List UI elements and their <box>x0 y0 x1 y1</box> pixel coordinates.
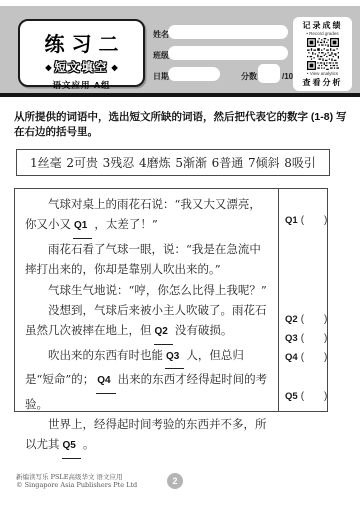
exercise-subtitle-row: ◆ 短文填空 ◆ <box>20 59 143 75</box>
answer-label: Q5 <box>285 391 298 402</box>
word-bank-item: 8吸引 <box>284 154 316 171</box>
word-bank: 1丝毫 2可贵 3残忍 4磨炼 5渐渐 6普通 7倾斜 8吸引 <box>16 149 330 176</box>
answer-slot-q2[interactable]: Q2() <box>285 312 327 326</box>
paren-open: ( <box>301 215 304 226</box>
passage-segment: 气球生气地说：“哼，你怎么比得上我呢？” <box>48 283 267 297</box>
answers-column: Q1() Q2() Q3() Q4() Q5() <box>278 189 329 411</box>
passage-paragraph: 吹出来的东西有时也能Q3人，但总归是“短命”的；Q4出来的东西才经得起时间的考验… <box>25 345 271 414</box>
word-bank-item: 3残忍 <box>103 154 135 171</box>
passage-segment: 吹出来的东西有时也能 <box>48 348 163 362</box>
word-bank-item: 4磨炼 <box>139 154 171 171</box>
score-label: 分数: <box>241 71 260 82</box>
passage-segment: 。 <box>83 437 95 451</box>
footer-copyright: © Singapore Asia Publishers Pte Ltd <box>16 481 137 489</box>
blank-q2: Q2 <box>154 322 173 344</box>
diamond-icon: ◆ <box>45 63 51 72</box>
answer-label: Q3 <box>285 333 298 344</box>
name-input[interactable] <box>168 25 288 39</box>
exercise-level: 语文应用 A组 <box>20 79 143 91</box>
qr-code-icon <box>307 38 339 70</box>
instructions-text: 从所提供的词语中，选出短文所缺的词语，然后把代表它的数字 (1-8) 写在右边的… <box>14 110 350 140</box>
passage-paragraph: 气球生气地说：“哼，你怎么比得上我呢？” <box>25 280 271 300</box>
paren-open: ( <box>301 314 304 325</box>
paren-open: ( <box>301 391 304 402</box>
record-grades-label: 记录成绩 <box>293 20 352 31</box>
diamond-icon: ◆ <box>112 63 118 72</box>
word-bank-item: 1丝毫 <box>30 154 62 171</box>
paren-close: ) <box>324 333 327 344</box>
date-input[interactable] <box>168 67 220 81</box>
exercise-subtitle: 短文填空 <box>55 59 109 75</box>
score-input[interactable] <box>258 64 280 83</box>
blank-q1: Q1 <box>73 216 92 238</box>
word-bank-item: 7倾斜 <box>248 154 280 171</box>
answer-slot-q1[interactable]: Q1() <box>285 213 327 227</box>
view-analytics-note: • View analytics <box>296 71 349 76</box>
blank-q3: Q3 <box>165 347 184 369</box>
paren-open: ( <box>301 352 304 363</box>
class-input[interactable] <box>168 46 288 60</box>
word-bank-item: 2可贵 <box>66 154 98 171</box>
passage-paragraph: 气球对桌上的雨花石说：“我又大又漂亮，你又小又Q1，太差了！” <box>25 194 271 239</box>
title-box: 练习二 ◆ 短文填空 ◆ 语文应用 A组 <box>18 19 145 87</box>
passage-paragraph: 雨花石看了气球一眼，说：“我是在急流中摔打出来的，你却是靠别人吹出来的。” <box>25 239 271 280</box>
header-divider <box>0 93 360 97</box>
worksheet-page: { "page": { "header": { "title_box": { "… <box>0 0 360 511</box>
record-grades-note: • Record grades <box>296 31 349 36</box>
footer-series-title: 新编读写乐 PSLE高级华文 语文应用 <box>16 472 123 481</box>
answer-slot-q3[interactable]: Q3() <box>285 331 327 345</box>
paren-close: ) <box>324 391 327 402</box>
paren-close: ) <box>324 215 327 226</box>
paren-open: ( <box>301 333 304 344</box>
answer-label: Q2 <box>285 314 298 325</box>
passage-paragraph: 没想到，气球后来被小主人吹破了。雨花石虽然几次被摔在地上，但Q2没有破损。 <box>25 300 271 345</box>
view-analytics-label: 查看分析 <box>293 77 352 88</box>
blank-q5: Q5 <box>62 436 81 458</box>
passage-segment: 没有破损。 <box>175 323 233 337</box>
paren-close: ) <box>324 314 327 325</box>
answer-slot-q4[interactable]: Q4() <box>285 350 327 364</box>
passage-segment: 雨花石看了气球一眼，说：“我是在急流中摔打出来的，你却是靠别人吹出来的。” <box>25 242 261 276</box>
passage-paragraph: 世界上，经得起时间考验的东西并不多，所以尤其Q5。 <box>25 414 271 459</box>
passage-text: 气球对桌上的雨花石说：“我又大又漂亮，你又小又Q1，太差了！” 雨花石看了气球一… <box>15 189 278 411</box>
word-bank-item: 6普通 <box>212 154 244 171</box>
qr-panel: 记录成绩 • Record grades <box>293 17 352 91</box>
exercise-title: 练习二 <box>20 28 143 57</box>
blank-q4: Q4 <box>96 371 115 393</box>
word-bank-item: 5渐渐 <box>175 154 207 171</box>
answer-slot-q5[interactable]: Q5() <box>285 389 327 403</box>
page-number-badge: 2 <box>167 473 183 489</box>
answer-label: Q4 <box>285 352 298 363</box>
paren-close: ) <box>324 352 327 363</box>
answer-label: Q1 <box>285 215 298 226</box>
passage-segment: ，太差了！” <box>94 217 157 231</box>
passage-box: 气球对桌上的雨花石说：“我又大又漂亮，你又小又Q1，太差了！” 雨花石看了气球一… <box>14 188 328 412</box>
